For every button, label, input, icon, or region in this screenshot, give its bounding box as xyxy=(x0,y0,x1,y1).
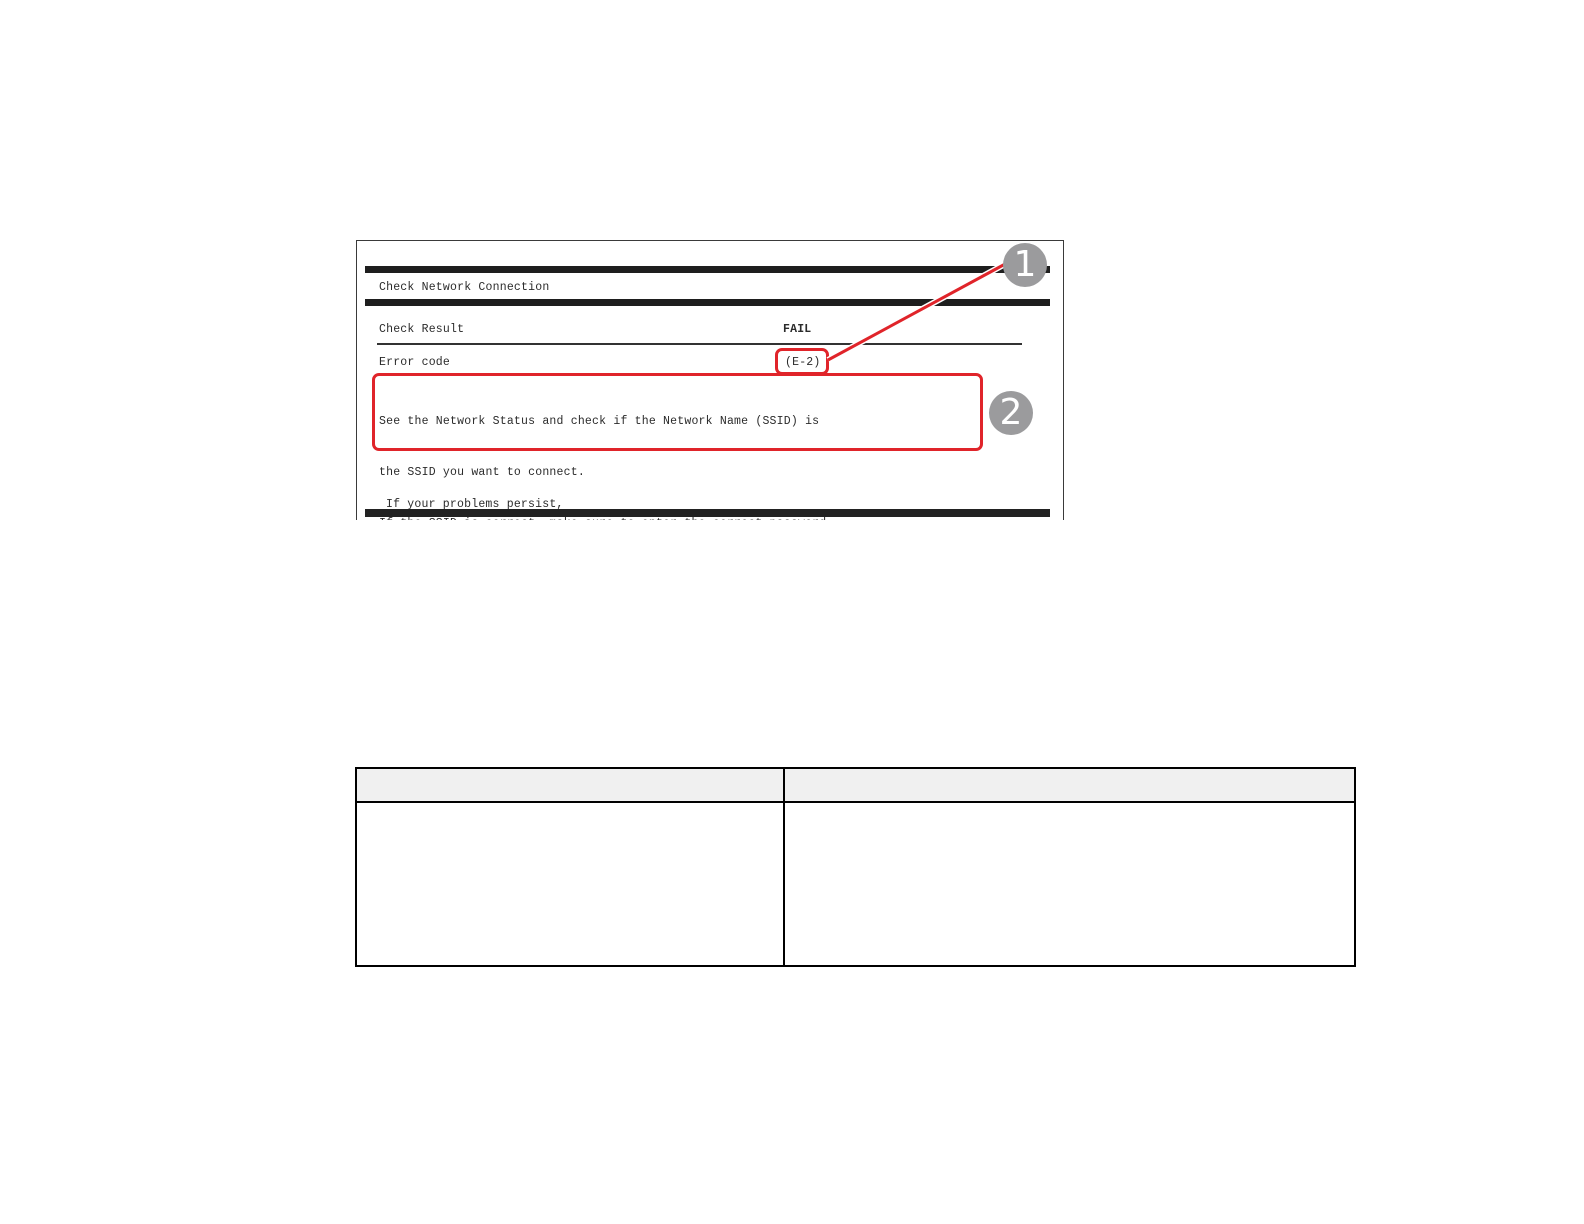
callout-description-table xyxy=(355,767,1356,967)
table-row xyxy=(356,802,1355,966)
report-divider xyxy=(377,343,1022,345)
error-code-highlight xyxy=(775,348,829,375)
callout-number-2-icon: 2 xyxy=(989,391,1033,435)
table-header-cell xyxy=(356,768,784,802)
table-cell xyxy=(784,802,1355,966)
report-title: Check Network Connection xyxy=(379,279,549,296)
report-top-bar xyxy=(365,266,1050,273)
check-result-value: FAIL xyxy=(783,321,811,338)
message-highlight xyxy=(372,373,983,451)
error-code-label: Error code xyxy=(379,354,450,371)
check-result-label: Check Result xyxy=(379,321,464,338)
table-cell xyxy=(356,802,784,966)
table-header-row xyxy=(356,768,1355,802)
report-header-bar xyxy=(365,299,1050,306)
table-header-cell xyxy=(784,768,1355,802)
callout-number-1-icon: 1 xyxy=(1003,243,1047,287)
network-report-figure: Check Network Connection Check Result FA… xyxy=(356,240,1064,520)
report-bottom-bar xyxy=(365,509,1050,517)
